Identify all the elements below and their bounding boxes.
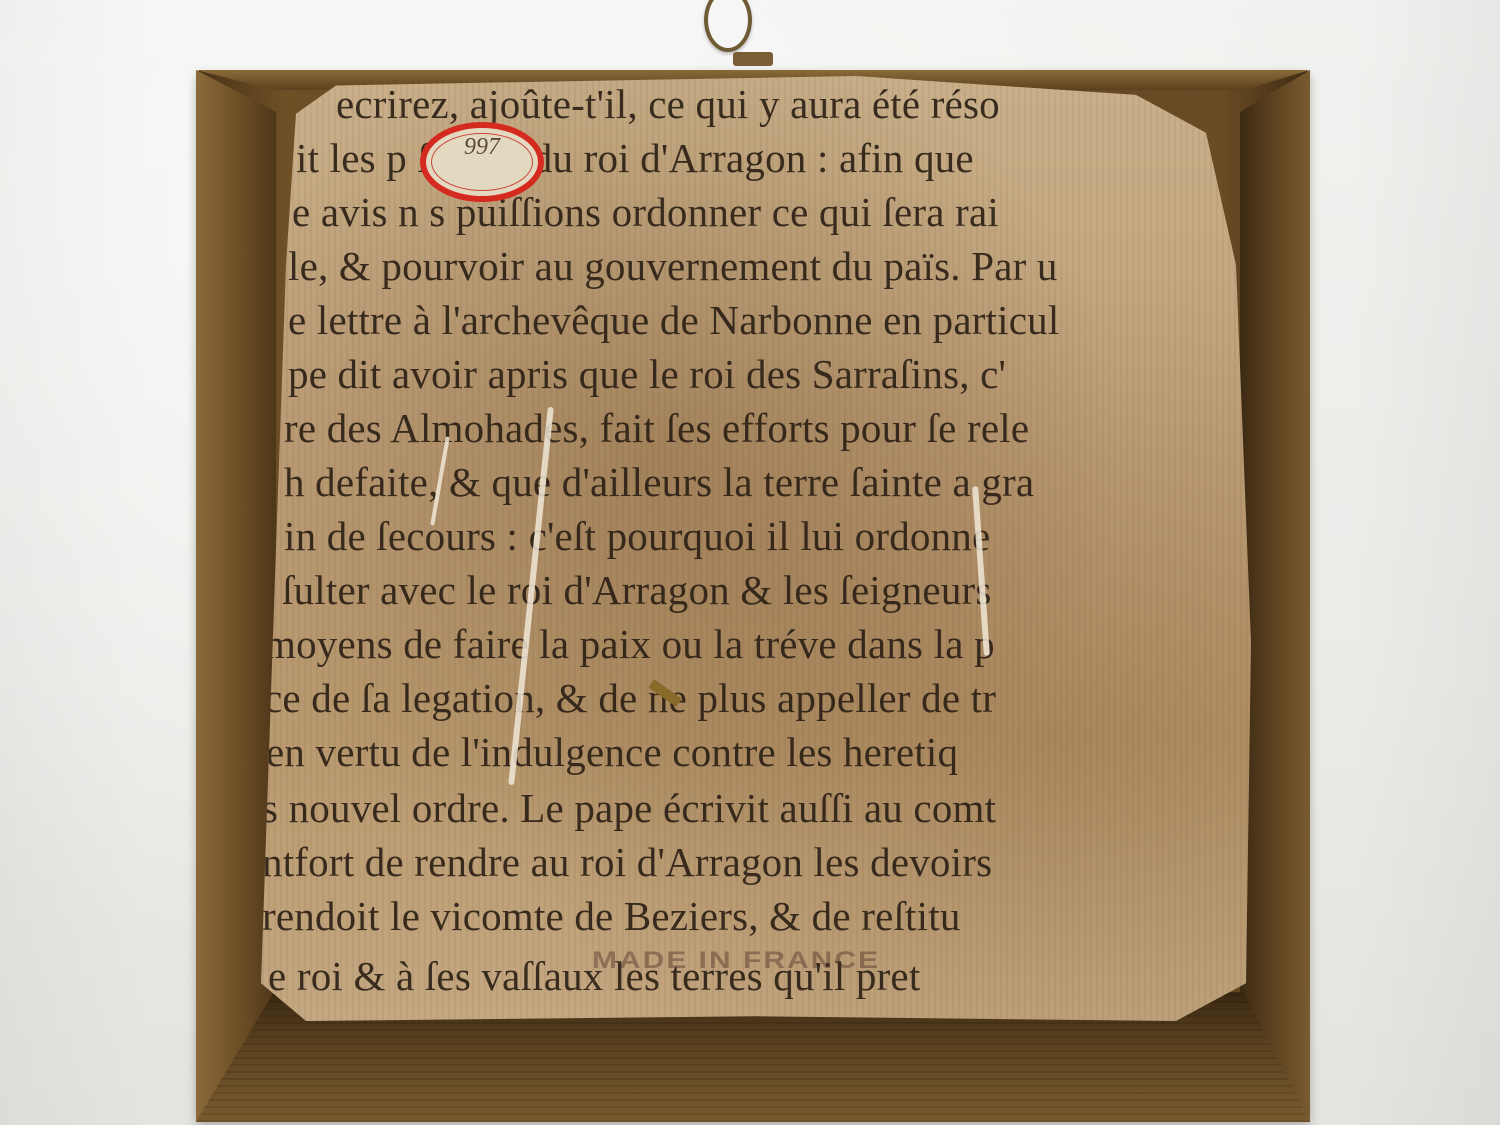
plaque-bevel-right xyxy=(1240,70,1310,1122)
text-line: moyens de faire la paix ou la tréve dans… xyxy=(264,620,995,668)
text-line: s nouvel ordre. Le pape écrivit auſſi au… xyxy=(262,784,996,832)
text-line: ſulter avec le roi d'Arragon & les ſeign… xyxy=(282,566,992,614)
printed-page-fragment: ecrirez, ajoûte-t'il, ce qui y aura été … xyxy=(256,76,1256,1021)
text-line: rendoit le vicomte de Beziers, & de reſt… xyxy=(262,892,961,940)
text-line: re des Almohades, fait ſes efforts pour … xyxy=(284,404,1029,452)
text-line: e lettre à l'archevêque de Narbonne en p… xyxy=(288,296,1059,344)
text-line: e avis n s puiſſions ordonner ce qui ſer… xyxy=(292,188,999,236)
made-in-stamp: MADE IN FRANCE xyxy=(592,947,880,974)
text-line: en vertu de l'indulgence contre les here… xyxy=(266,728,958,776)
text-line: in de ſecours : c'eſt pourquoi il lui or… xyxy=(284,512,990,560)
ring-clip xyxy=(733,52,773,66)
text-line: h defaite, & que d'ailleurs la terre ſai… xyxy=(284,458,1034,506)
inventory-number: 997 xyxy=(464,134,500,161)
text-line: ntfort de rendre au roi d'Arragon les de… xyxy=(262,838,992,886)
text-line: ecrirez, ajoûte-t'il, ce qui y aura été … xyxy=(336,80,1000,128)
text-line: ce de ſa legation, & de ne plus appeller… xyxy=(264,674,996,722)
inventory-label: 997 xyxy=(420,122,544,202)
text-line: it les p ſitions du roi d'Arragon : afin… xyxy=(296,134,974,182)
text-line: le, & pourvoir au gouvernement du païs. … xyxy=(288,242,1058,290)
text-line: pe dit avoir apris que le roi des Sarraſ… xyxy=(288,350,1006,398)
